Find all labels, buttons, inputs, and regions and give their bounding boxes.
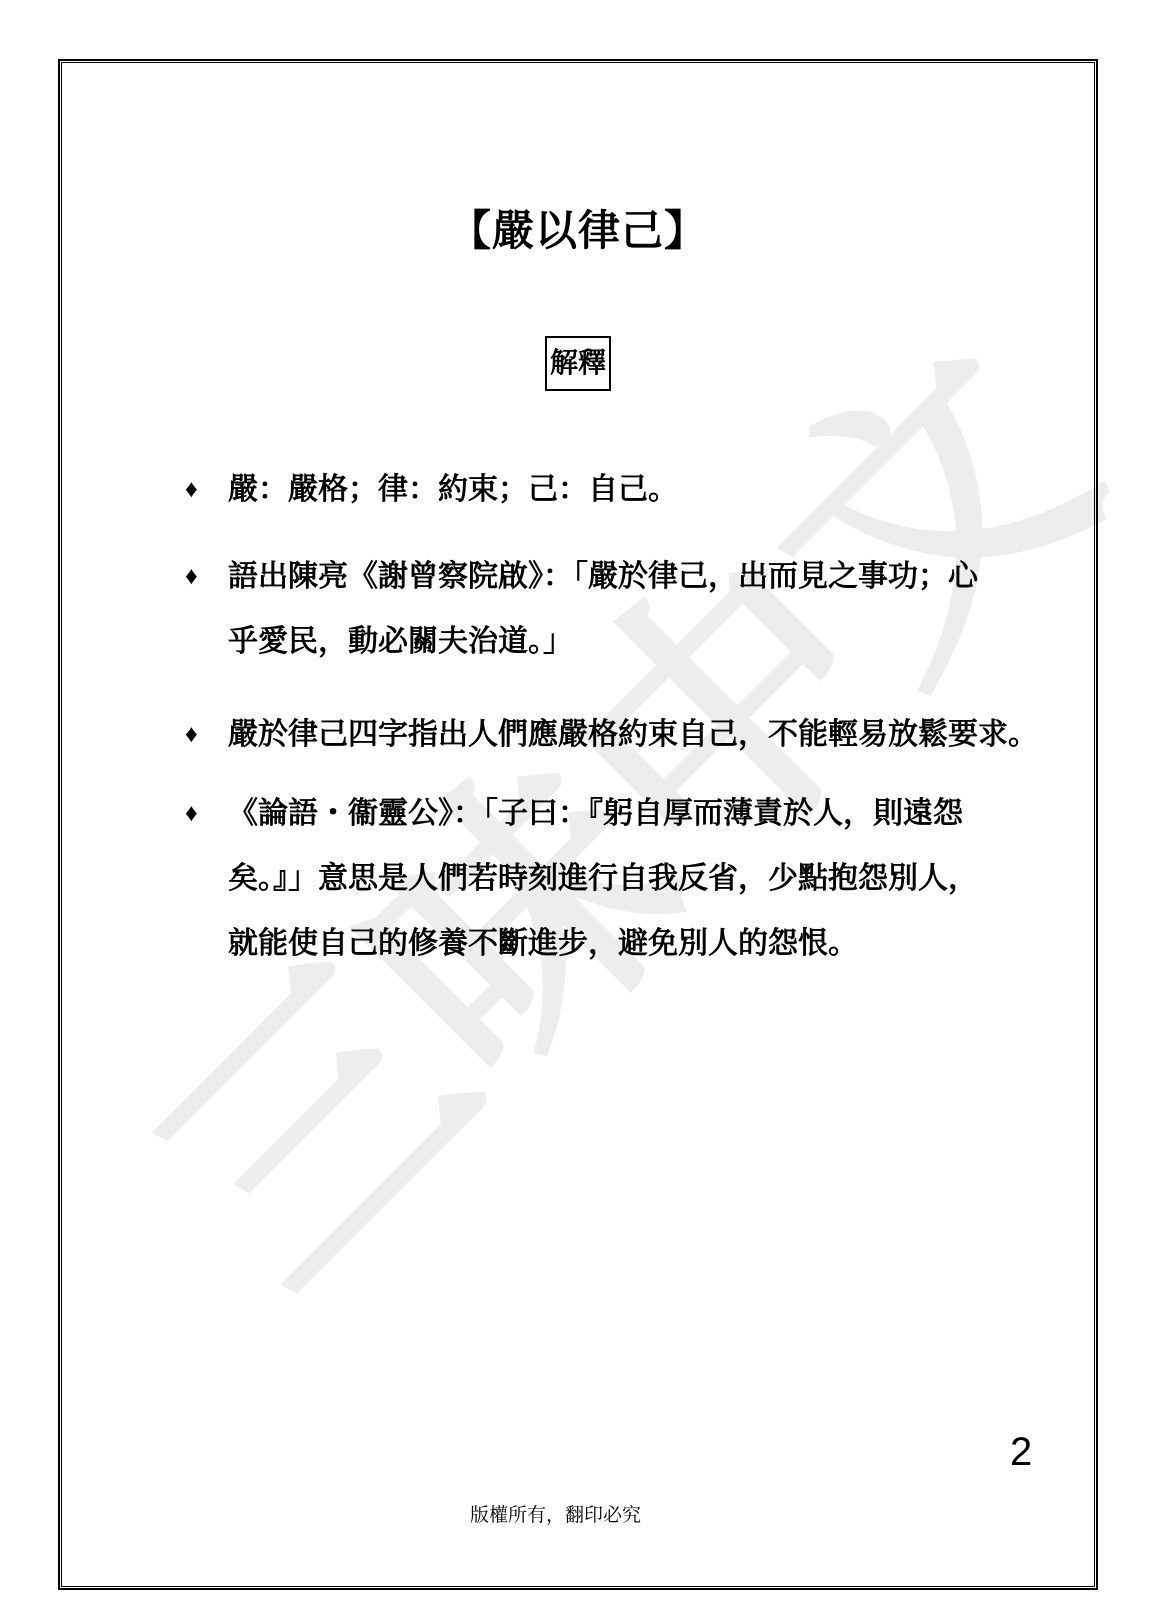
document-page: 三味中文 【嚴以律己】 解釋 ♦ 嚴：嚴格；律：約束；己：自己。 ♦ 語出陳亮《… xyxy=(0,0,1156,1620)
diamond-bullet-icon: ♦ xyxy=(185,702,198,767)
bullet-line: 就能使自己的修養不斷進步，避免別人的怨恨。 xyxy=(228,911,1076,976)
bullet-line: 語出陳亮《謝曾察院啟》：「嚴於律己，出而見之事功；心 xyxy=(228,544,1076,609)
bullet-line: 《論語・衞靈公》：「子曰：『躬自厚而薄責於人，則遠怨 xyxy=(228,781,1076,846)
page-number: 2 xyxy=(1010,1430,1032,1475)
bullet-item: ♦ 嚴：嚴格；律：約束；己：自己。 xyxy=(183,457,1076,522)
footer-copyright: 版權所有，翻印必究 xyxy=(470,1500,641,1527)
bullet-item: ♦ 語出陳亮《謝曾察院啟》：「嚴於律己，出而見之事功；心 乎愛民，動必關夫治道。… xyxy=(183,544,1076,674)
bullet-item: ♦ 《論語・衞靈公》：「子曰：『躬自厚而薄責於人，則遠怨 矣。』」意思是人們若時… xyxy=(183,781,1076,976)
bullet-line: 嚴：嚴格；律：約束；己：自己。 xyxy=(228,457,1076,522)
section-label-box: 解釋 xyxy=(545,336,611,391)
diamond-bullet-icon: ♦ xyxy=(185,457,198,522)
page-title: 【嚴以律己】 xyxy=(0,198,1156,258)
diamond-bullet-icon: ♦ xyxy=(185,781,198,846)
diamond-bullet-icon: ♦ xyxy=(185,544,198,609)
bullet-line: 嚴於律己四字指出人們應嚴格約束自己，不能輕易放鬆要求。 xyxy=(228,702,1076,767)
page-content: 【嚴以律己】 解釋 ♦ 嚴：嚴格；律：約束；己：自己。 ♦ 語出陳亮《謝曾察院啟… xyxy=(0,0,1156,1620)
bullet-line: 矣。』」意思是人們若時刻進行自我反省，少點抱怨別人， xyxy=(228,846,1076,911)
bullet-line: 乎愛民，動必關夫治道。」 xyxy=(228,609,1076,674)
bullet-item: ♦ 嚴於律己四字指出人們應嚴格約束自己，不能輕易放鬆要求。 xyxy=(183,702,1076,767)
